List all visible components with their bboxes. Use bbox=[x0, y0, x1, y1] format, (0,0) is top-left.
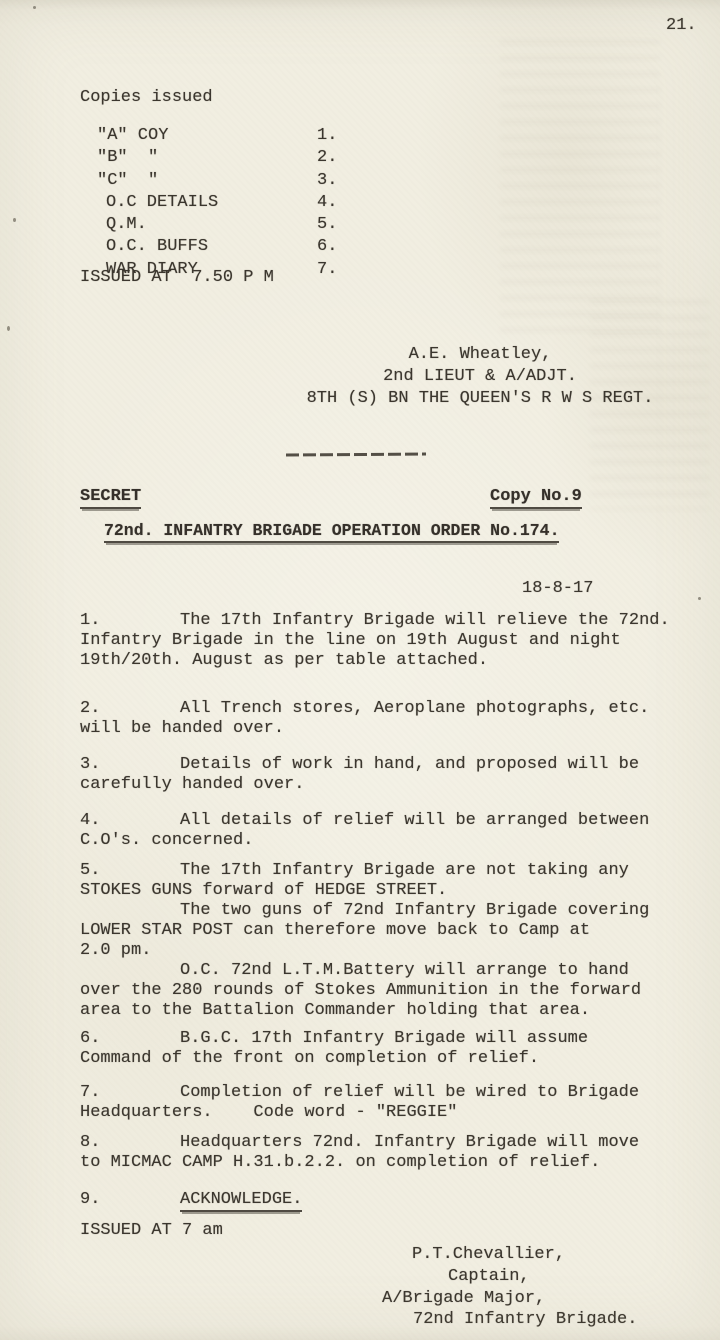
paragraph-line: LOWER STAR POST can therefore move back … bbox=[80, 921, 686, 941]
paragraph-number: 7. bbox=[80, 1083, 100, 1103]
paragraph-line: area to the Battalion Commander holding … bbox=[80, 1001, 686, 1021]
distribution-row: "A" COY 1. bbox=[97, 126, 397, 148]
paragraph-line: over the 280 rounds of Stokes Ammunition… bbox=[80, 981, 686, 1001]
paragraph-line: Headquarters 72nd. Infantry Brigade will… bbox=[80, 1133, 686, 1153]
paragraph-line: O.C. 72nd L.T.M.Battery will arrange to … bbox=[80, 961, 686, 981]
paper-speck bbox=[698, 597, 701, 600]
signature-name: P.T.Chevallier, bbox=[412, 1245, 565, 1265]
classification-label: SECRET bbox=[80, 487, 141, 507]
distribution-row: O.C DETAILS 4. bbox=[97, 193, 397, 215]
copy-count: 3. bbox=[317, 171, 337, 190]
distribution-row: "B" " 2. bbox=[97, 148, 397, 170]
distribution-row: O.C. BUFFS 6. bbox=[97, 237, 397, 259]
signature-rank: Captain, bbox=[448, 1267, 530, 1287]
paragraph-line: Headquarters. Code word - "REGGIE" bbox=[80, 1103, 686, 1123]
paragraph-line: 19th/20th. August as per table attached. bbox=[80, 651, 686, 671]
issued-time-line-bottom: ISSUED AT 7 am bbox=[80, 1221, 223, 1241]
copy-count: 4. bbox=[317, 193, 337, 212]
copy-count: 6. bbox=[317, 237, 337, 256]
addressee: "A" COY bbox=[97, 126, 168, 145]
paragraph-line: Details of work in hand, and proposed wi… bbox=[80, 755, 686, 775]
paragraph-line: 2.0 pm. bbox=[80, 941, 686, 961]
addressee: O.C DETAILS bbox=[106, 193, 218, 212]
paragraph-6: 6. B.G.C. 17th Infantry Brigade will ass… bbox=[80, 1029, 686, 1069]
paragraph-number: 4. bbox=[80, 811, 100, 831]
paper-speck bbox=[13, 218, 16, 222]
paragraph-number: 8. bbox=[80, 1133, 100, 1153]
paragraph-line: Command of the front on completion of re… bbox=[80, 1049, 686, 1069]
distribution-row: "C" " 3. bbox=[97, 171, 397, 193]
signature-name: A.E. Wheatley, bbox=[280, 344, 680, 366]
paragraph-number: 3. bbox=[80, 755, 100, 775]
paragraph-number: 1. bbox=[80, 611, 100, 631]
paragraph-line: to MICMAC CAMP H.31.b.2.2. on completion… bbox=[80, 1153, 686, 1173]
paragraph-line: B.G.C. 17th Infantry Brigade will assume bbox=[80, 1029, 686, 1049]
issued-time-line: ISSUED AT 7.50 P M bbox=[80, 268, 274, 288]
paragraph-1: 1. The 17th Infantry Brigade will reliev… bbox=[80, 611, 686, 671]
document-page: 21. Copies issued "A" COY 1. "B" " 2. "C… bbox=[0, 0, 720, 1340]
signature-unit: 72nd Infantry Brigade. bbox=[413, 1310, 637, 1330]
paragraph-7: 7. Completion of relief will be wired to… bbox=[80, 1083, 686, 1123]
paragraph-8: 8. Headquarters 72nd. Infantry Brigade w… bbox=[80, 1133, 686, 1173]
page-number: 21. bbox=[666, 16, 697, 36]
paragraph-line: The two guns of 72nd Infantry Brigade co… bbox=[80, 901, 686, 921]
paragraph-4: 4. All details of relief will be arrange… bbox=[80, 811, 686, 851]
paragraph-number: 2. bbox=[80, 699, 100, 719]
distribution-list: "A" COY 1. "B" " 2. "C" " 3. O.C DETAILS… bbox=[97, 126, 397, 282]
paragraph-line: Completion of relief will be wired to Br… bbox=[80, 1083, 686, 1103]
paragraph-line: carefully handed over. bbox=[80, 775, 686, 795]
addressee: "B" " bbox=[97, 148, 158, 167]
paragraph-line: All Trench stores, Aeroplane photographs… bbox=[80, 699, 686, 719]
paragraph-line: ACKNOWLEDGE. bbox=[80, 1190, 686, 1210]
acknowledge-word: ACKNOWLEDGE. bbox=[180, 1190, 302, 1212]
paragraph-line: will be handed over. bbox=[80, 719, 686, 739]
paragraph-3: 3. Details of work in hand, and proposed… bbox=[80, 755, 686, 795]
paragraph-line: The 17th Infantry Brigade are not taking… bbox=[80, 861, 686, 881]
paragraph-5: 5. The 17th Infantry Brigade are not tak… bbox=[80, 861, 686, 1021]
paragraph-number: 6. bbox=[80, 1029, 100, 1049]
typed-dash-separator bbox=[286, 453, 426, 457]
signature-rank: 2nd LIEUT & A/ADJT. bbox=[280, 366, 680, 388]
copy-count: 7. bbox=[317, 260, 337, 279]
copy-count: 2. bbox=[317, 148, 337, 167]
paper-showthrough bbox=[500, 40, 660, 340]
copy-count: 1. bbox=[317, 126, 337, 145]
signature-unit: 8TH (S) BN THE QUEEN'S R W S REGT. bbox=[280, 388, 680, 410]
paragraph-line: Infantry Brigade in the line on 19th Aug… bbox=[80, 631, 686, 651]
paragraph-line: All details of relief will be arranged b… bbox=[80, 811, 686, 831]
paragraph-number: 9. bbox=[80, 1190, 100, 1210]
addressee: O.C. BUFFS bbox=[106, 237, 208, 256]
signature-appointment: A/Brigade Major, bbox=[382, 1289, 545, 1309]
paragraph-line: STOKES GUNS forward of HEDGE STREET. bbox=[80, 881, 686, 901]
order-title: 72nd. INFANTRY BRIGADE OPERATION ORDER N… bbox=[104, 521, 559, 541]
addressee: "C" " bbox=[97, 171, 158, 190]
paper-speck bbox=[7, 326, 10, 331]
addressee: Q.M. bbox=[106, 215, 147, 234]
distribution-row: Q.M. 5. bbox=[97, 215, 397, 237]
copies-issued-heading: Copies issued bbox=[80, 88, 213, 108]
copy-count: 5. bbox=[317, 215, 337, 234]
adjutant-signature-block: A.E. Wheatley, 2nd LIEUT & A/ADJT. 8TH (… bbox=[280, 344, 680, 410]
paper-speck bbox=[33, 6, 36, 9]
copy-number-label: Copy No.9 bbox=[490, 487, 582, 507]
paragraph-line: The 17th Infantry Brigade will relieve t… bbox=[80, 611, 686, 631]
paragraph-number: 5. bbox=[80, 861, 100, 881]
paragraph-line: C.O's. concerned. bbox=[80, 831, 686, 851]
paragraph-2: 2. All Trench stores, Aeroplane photogra… bbox=[80, 699, 686, 739]
order-date: 18-8-17 bbox=[522, 579, 593, 599]
paragraph-9: 9. ACKNOWLEDGE. bbox=[80, 1190, 686, 1210]
